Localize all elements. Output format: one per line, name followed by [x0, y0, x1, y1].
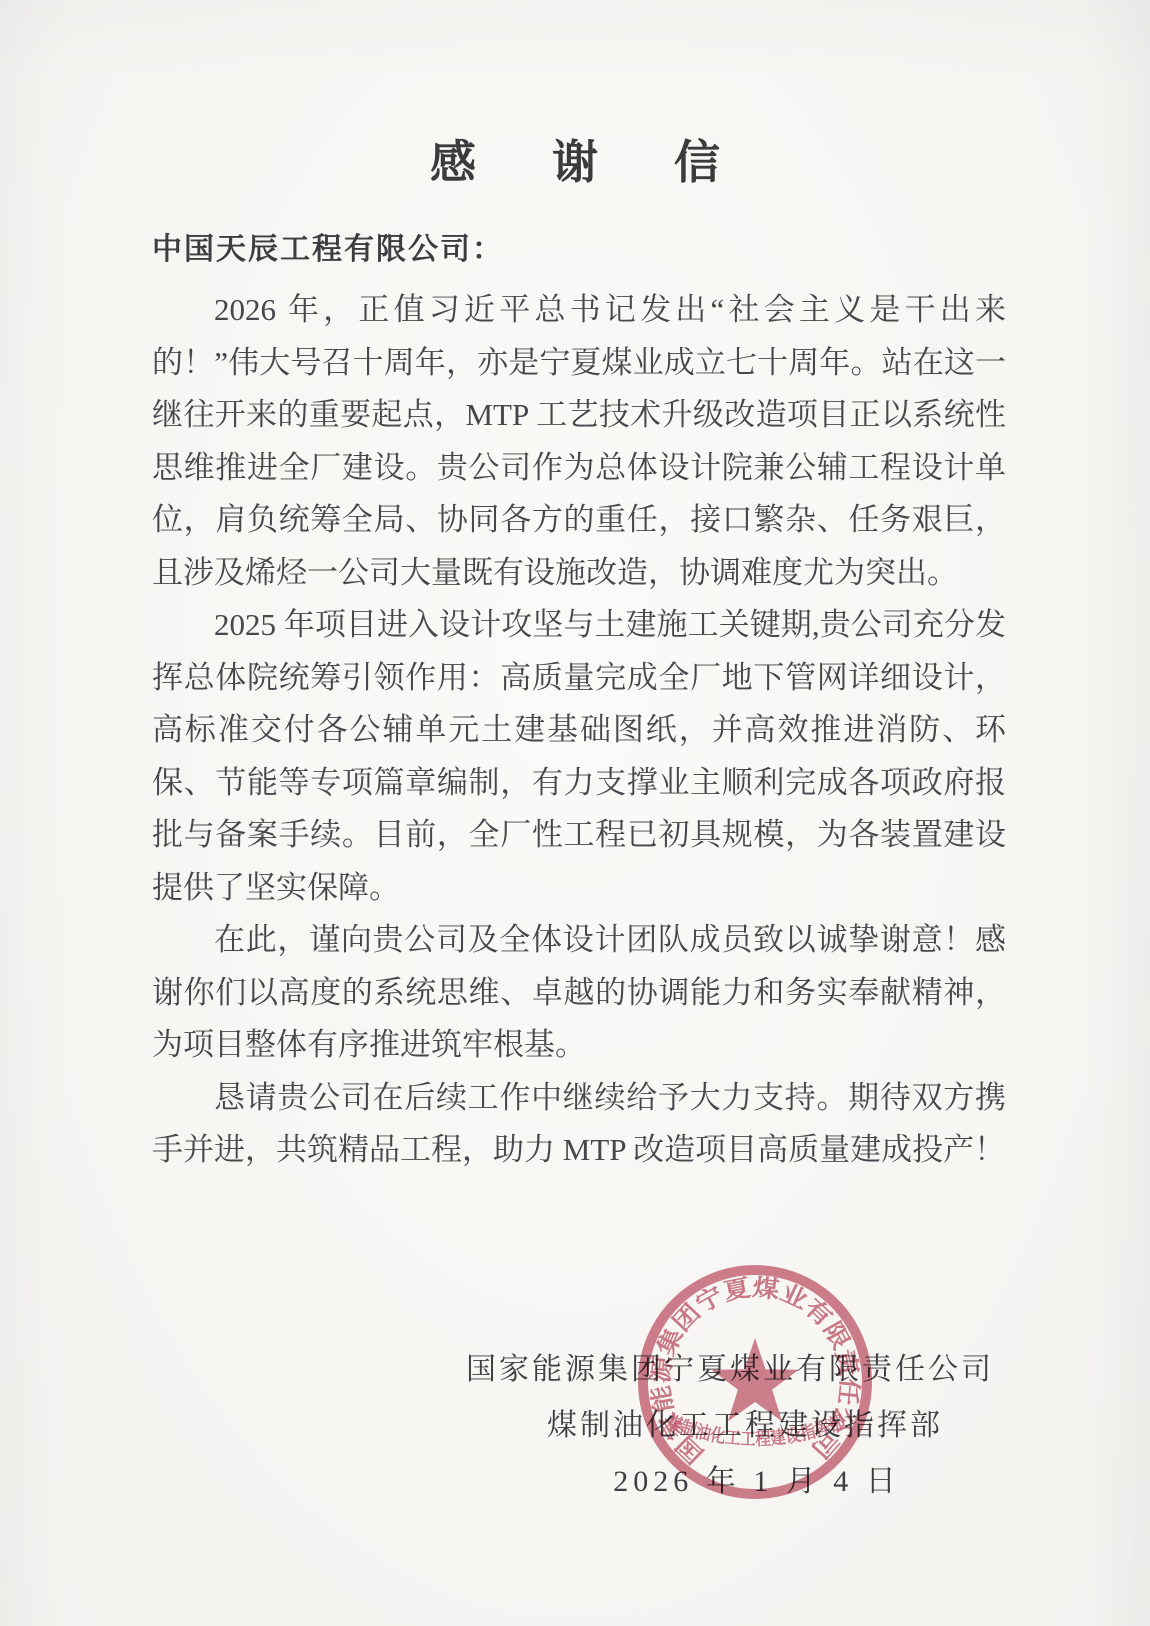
paragraph-2: 2025 年项目进入设计攻坚与土建施工关键期,贵公司充分发挥总体院统筹引领作用：… — [152, 599, 1006, 914]
paragraph-1: 2026 年，正值习近平总书记发出“社会主义是干出来的！”伟大号召十周年，亦是宁… — [152, 284, 1006, 599]
letter-title: 感 谢 信 — [0, 126, 1150, 192]
signature-company: 国家能源集团宁夏煤业有限责任公司 — [466, 1344, 994, 1388]
paragraph-4: 恳请贵公司在后续工作中继续给予大力支持。期待双方携手并进，共筑精品工程，助力 M… — [152, 1072, 1006, 1177]
signature-date: 2026 年 1 月 4 日 — [613, 1456, 901, 1500]
signature-department: 煤制油化工工程建设指挥部 — [547, 1400, 943, 1444]
letter-page: 感 谢 信 中国天辰工程有限公司： 2026 年，正值习近平总书记发出“社会主义… — [0, 0, 1150, 1626]
letter-body: 2026 年，正值习近平总书记发出“社会主义是干出来的！”伟大号召十周年，亦是宁… — [152, 284, 1006, 1177]
paragraph-3: 在此，谨向贵公司及全体设计团队成员致以诚挚谢意！感谢你们以高度的系统思维、卓越的… — [152, 914, 1006, 1072]
salutation: 中国天辰工程有限公司： — [152, 224, 504, 268]
